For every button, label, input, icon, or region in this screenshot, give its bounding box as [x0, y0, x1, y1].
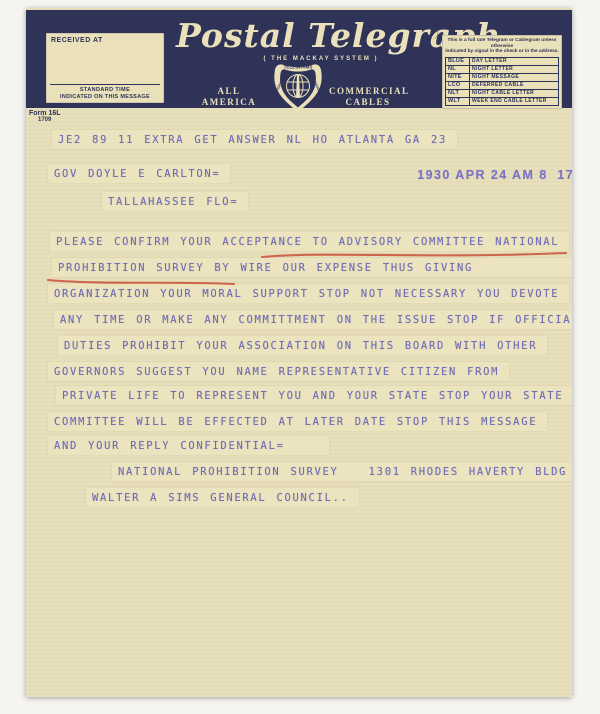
badge-top-label: TELEGRAMS — [284, 64, 313, 69]
code-row: BLUE DAY LETTER — [446, 57, 559, 65]
header-band: RECEIVED AT STANDARD TIME INDICATED ON T… — [26, 10, 572, 108]
body-line: DUTIES PROHIBIT YOUR ASSOCIATION ON THIS… — [58, 336, 547, 355]
rate-code-table: This is a full rate Telegram or Cablegra… — [442, 35, 562, 109]
code-row: NL NIGHT LETTER — [446, 65, 559, 73]
code-abbr: NITE — [446, 73, 470, 81]
code-abbr: NLT — [446, 89, 470, 97]
brand-block: Postal Telegraph ( THE MACKAY SYSTEM ) — [176, 16, 466, 62]
code-label: NIGHT MESSAGE — [470, 73, 559, 81]
form-number: Form 16L 1709 — [29, 110, 61, 124]
address-city-line: TALLAHASSEE FLO= — [102, 192, 248, 211]
code-abbr: LCO — [446, 81, 470, 89]
rate-notice-line2: indicated by signal in the check or in t… — [445, 49, 559, 55]
code-label: DAY LETTER — [470, 57, 559, 65]
body-line: PROHIBITION SURVEY BY WIRE OUR EXPENSE T… — [52, 258, 572, 277]
code-abbr: WLT — [446, 97, 470, 105]
all-america-cables-label: ALL AMERICA CABLES — [190, 86, 268, 119]
addressee-line: GOV DOYLE E CARLTON= — [48, 164, 230, 183]
date-stamp: 1930 APR 24 AM 8 17 — [417, 167, 572, 182]
code-abbr: BLUE — [446, 57, 470, 65]
code-label: DEFERRED CABLE — [470, 81, 559, 89]
body-line: COMMITTEE WILL BE EFFECTED AT LATER DATE… — [48, 412, 547, 431]
telegram-paper: RECEIVED AT STANDARD TIME INDICATED ON T… — [26, 8, 572, 697]
scanned-telegram-page: RECEIVED AT STANDARD TIME INDICATED ON T… — [0, 0, 600, 714]
code-row: NITE NIGHT MESSAGE — [446, 73, 559, 81]
standard-time-label: STANDARD TIME — [46, 87, 164, 93]
code-row: NLT NIGHT CABLE LETTER — [446, 89, 559, 97]
body-line: PLEASE CONFIRM YOUR ACCEPTANCE TO ADVISO… — [50, 232, 569, 251]
body-line: AND YOUR REPLY CONFIDENTIAL= — [48, 436, 329, 455]
body-line: ANY TIME OR MAKE ANY COMMITTMENT ON THE … — [54, 310, 572, 329]
standard-time-note: INDICATED ON THIS MESSAGE — [46, 94, 164, 100]
commercial-cables-label: COMMERCIAL CABLES — [329, 86, 407, 108]
telegraph-shield-icon: TELEGRAMS CABLEGRAMS RADIOGRAMS — [268, 59, 328, 113]
signature-org-line: NATIONAL PROHIBITION SURVEY 1301 RHODES … — [112, 462, 572, 481]
received-at-label: RECEIVED AT — [51, 37, 103, 44]
code-label: WEEK END CABLE LETTER — [470, 97, 559, 105]
routing-line: JE2 89 11 EXTRA GET ANSWER NL HO ATLANTA… — [52, 130, 457, 149]
received-at-box: RECEIVED AT STANDARD TIME INDICATED ON T… — [46, 33, 164, 103]
received-box-rule — [50, 84, 160, 85]
code-row: WLT WEEK END CABLE LETTER — [446, 97, 559, 105]
signature-name-line: WALTER A SIMS GENERAL COUNCIL.. — [86, 488, 359, 507]
code-abbr: NL — [446, 65, 470, 73]
code-label: NIGHT LETTER — [470, 65, 559, 73]
brand-title: Postal Telegraph — [176, 16, 466, 55]
body-line: PRIVATE LIFE TO REPRESENT YOU AND YOUR S… — [56, 386, 572, 405]
body-line: ORGANIZATION YOUR MORAL SUPPORT STOP NOT… — [48, 284, 569, 303]
rate-notice-line1: This is a full rate Telegram or Cablegra… — [445, 38, 559, 49]
code-row: LCO DEFERRED CABLE — [446, 81, 559, 89]
code-label: NIGHT CABLE LETTER — [470, 89, 559, 97]
body-line: GOVERNORS SUGGEST YOU NAME REPRESENTATIV… — [48, 362, 509, 381]
